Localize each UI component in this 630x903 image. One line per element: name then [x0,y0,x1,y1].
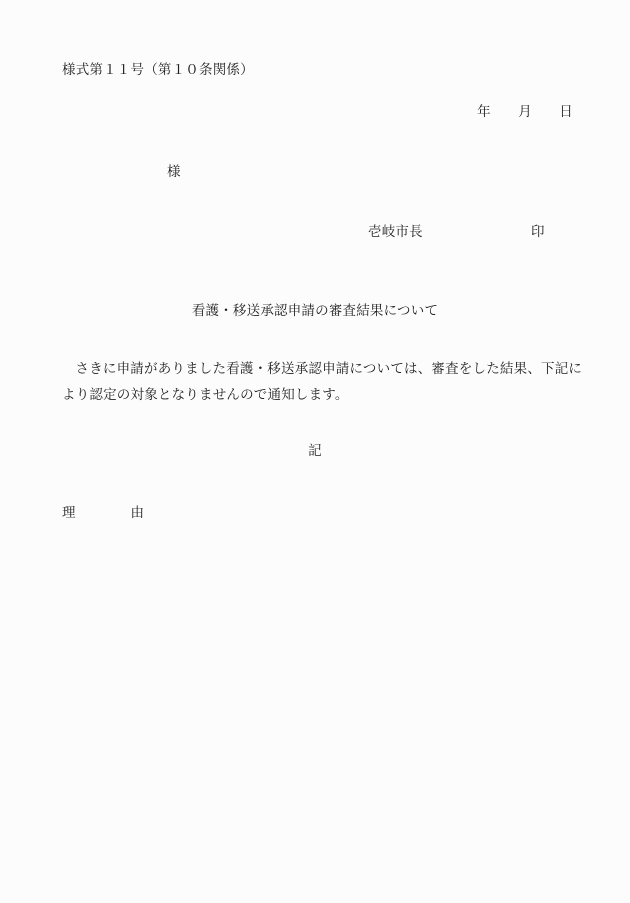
record-marker: 記 [0,443,630,459]
addressee-honorific: 様 [167,164,181,180]
form-number: 様式第１１号（第１０条関係） [62,62,254,78]
body-line: より認定の対象となりませんので通知します。 [62,382,584,408]
date-line: 年 月 日 [477,104,573,120]
document-title: 看護・移送承認申請の審査結果について [0,303,630,319]
seal-mark: 印 [531,224,545,240]
document-page: 様式第１１号（第１０条関係） 年 月 日 様 壱岐市長 印 看護・移送承認申請の… [0,0,630,903]
body-paragraph: さきに申請がありました看護・移送承認申請については、審査をした結果、下記に より… [62,356,584,408]
reason-label: 理 由 [62,505,144,521]
issuer-name: 壱岐市長 [368,224,423,240]
body-line: さきに申請がありました看護・移送承認申請については、審査をした結果、下記に [62,356,584,382]
